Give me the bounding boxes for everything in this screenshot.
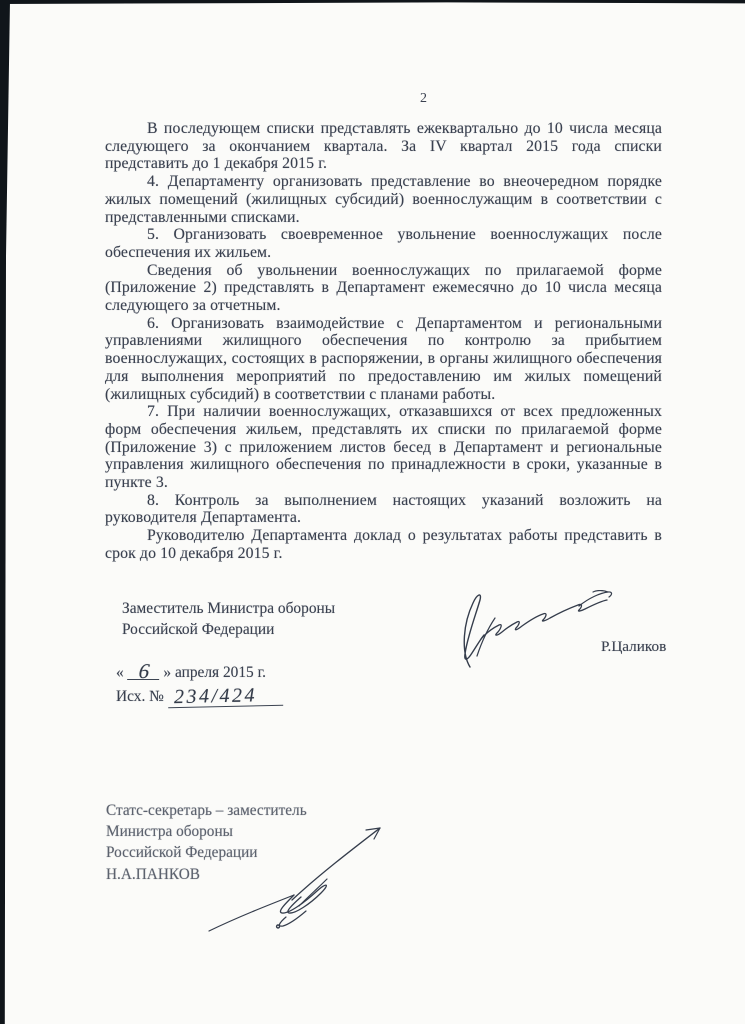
paragraph-dismissal-info: Сведения об увольнении военнослужащих по… bbox=[105, 262, 662, 315]
handwritten-day: 6 bbox=[127, 663, 161, 680]
page-number: 2 bbox=[420, 91, 428, 107]
quote-open: « bbox=[116, 664, 124, 681]
date-and-ref-block: « 6 » апреля 2015 г. Исх. № 234/424 bbox=[116, 662, 283, 708]
paragraph-item-5: 5. Организовать своевременное увольнение… bbox=[105, 226, 662, 261]
paragraph-quarterly-lists: В последующем списки представлять ежеква… bbox=[105, 120, 662, 173]
paragraph-item-8: 8. Контроль за выполнением настоящих ука… bbox=[105, 492, 662, 527]
ref-label: Исх. № bbox=[116, 688, 164, 705]
signer-position-block: Заместитель Министра обороны Российской … bbox=[122, 598, 335, 640]
pankov-signature-icon bbox=[206, 822, 396, 934]
scan-edge-top bbox=[0, 0, 745, 4]
signer-position-line: Заместитель Министра обороны bbox=[122, 598, 335, 619]
paragraph-item-6: 6. Организовать взаимодействие с Департа… bbox=[105, 315, 662, 404]
date-line: « 6 » апреля 2015 г. bbox=[116, 662, 283, 684]
date-suffix: » апреля 2015 г. bbox=[163, 664, 266, 681]
scanned-document-page: 2 В последующем списки представлять ежек… bbox=[0, 0, 745, 1024]
secretary-line: Статс-секретарь – заместитель bbox=[106, 800, 307, 821]
handwritten-ref-number: 234/424 bbox=[168, 688, 283, 708]
outgoing-ref-line: Исх. № 234/424 bbox=[116, 686, 283, 708]
paragraph-item-7: 7. При наличии военнослужащих, отказавши… bbox=[105, 403, 662, 492]
signer-name: Р.Цаликов bbox=[601, 638, 666, 656]
document-body: В последующем списки представлять ежеква… bbox=[105, 120, 662, 563]
paragraph-report-deadline: Руководителю Департамента доклад о резул… bbox=[105, 527, 662, 562]
signer-position-line: Российской Федерации bbox=[122, 619, 335, 640]
scan-edge-left bbox=[0, 0, 10, 1024]
tsalikov-signature-icon bbox=[451, 590, 616, 668]
paragraph-item-4: 4. Департаменту организовать представлен… bbox=[105, 173, 662, 226]
